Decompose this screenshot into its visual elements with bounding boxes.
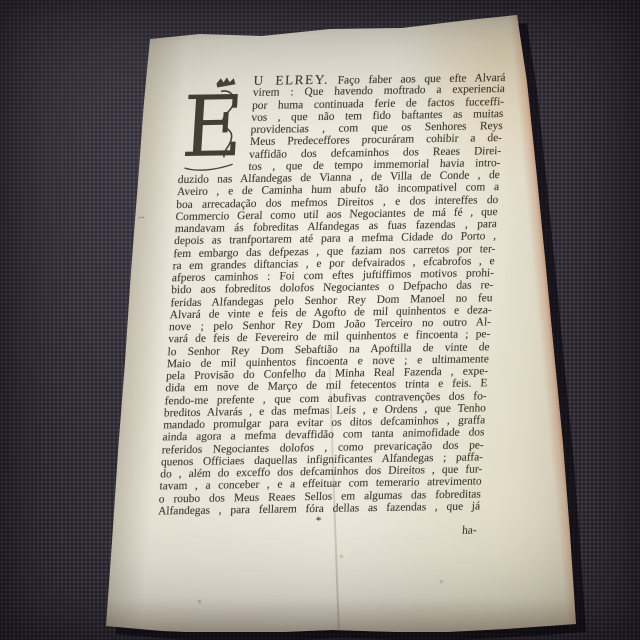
printed-text-block: E U ELREY. Faço faber aos que efte Alvar… [156,71,506,542]
drop-cap-initial: E [178,75,254,174]
photo-background: ~ E U ELREY. Faço faber aos que efte Alv… [0,0,640,640]
full-width-lines-group: duzido nas Alfandegas de Vianna , de Vil… [158,169,500,517]
drop-cap-letter: E [179,77,246,174]
document-page: ~ E U ELREY. Faço faber aos que efte Alv… [0,0,640,640]
paper-bottom-edge-shading [100,598,582,632]
woodcut-initial-icon: E [178,75,246,174]
